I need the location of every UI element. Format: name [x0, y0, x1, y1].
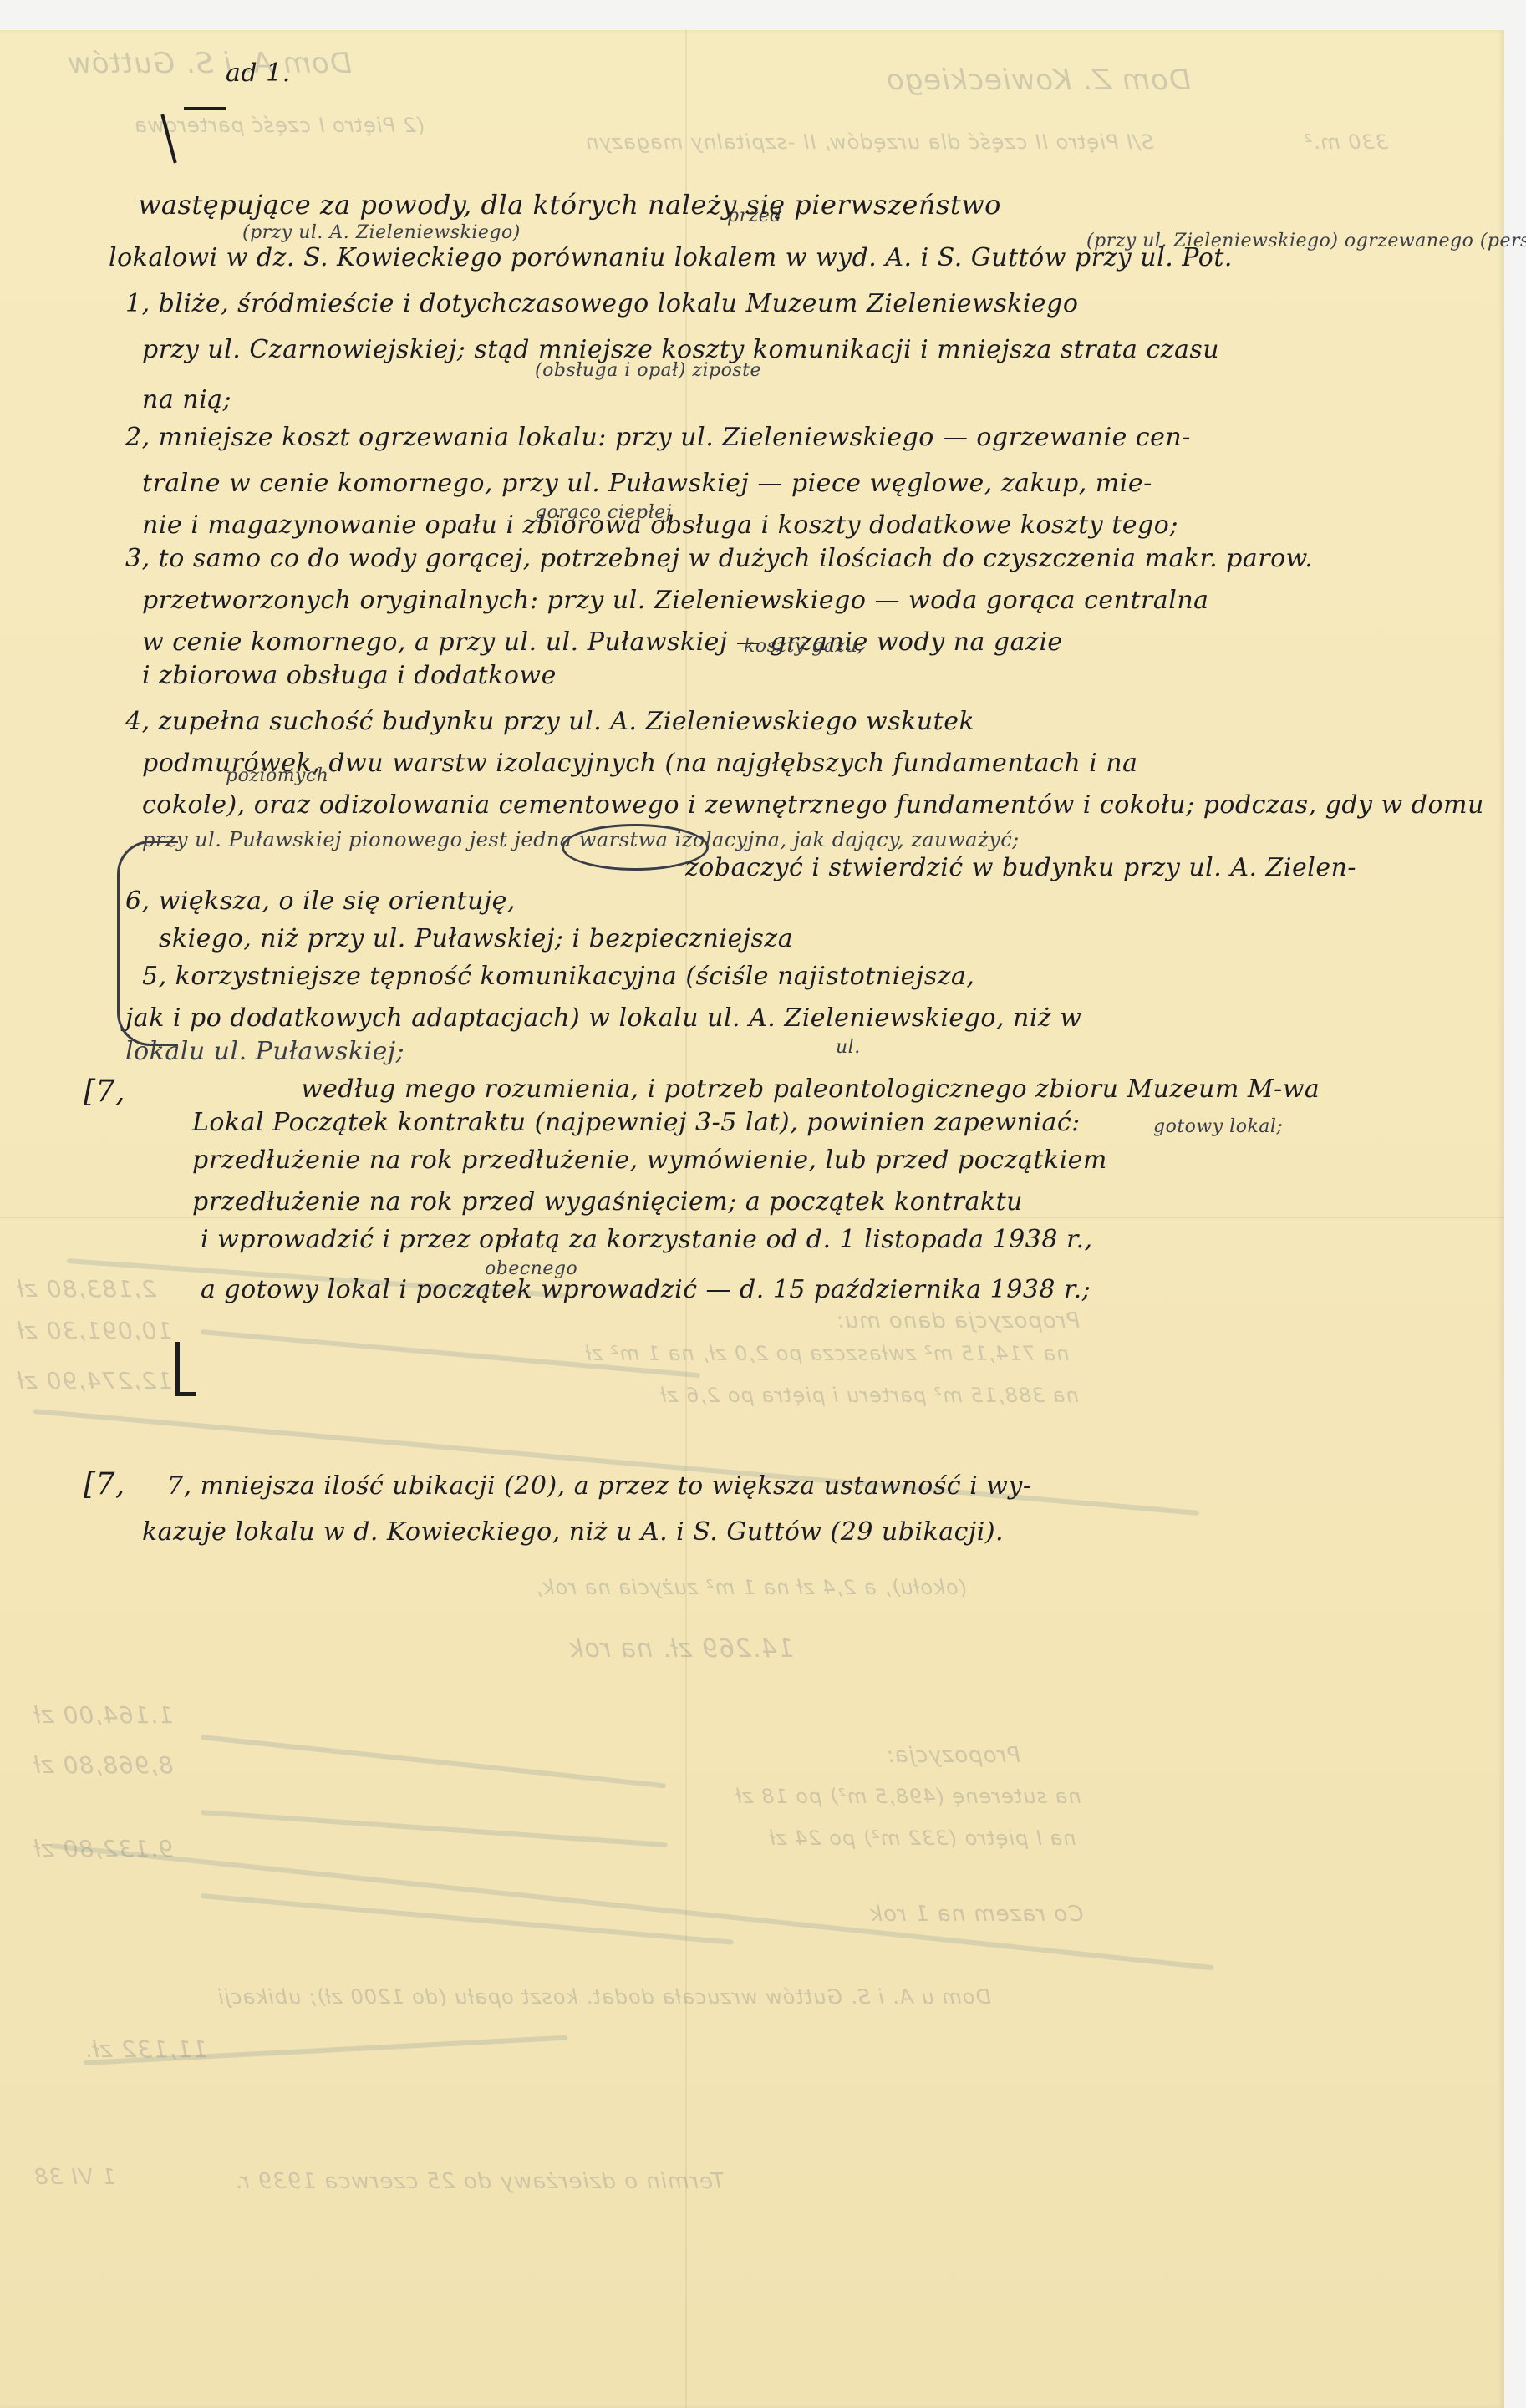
manuscript-line: 5, korzystniejsze tępność komunikacyjna … — [142, 962, 974, 991]
manuscript-line: tralne w cenie komornego, przy ul. Puław… — [142, 469, 1152, 498]
bleed-text: 1 VI 38 — [33, 2165, 116, 2190]
bleed-stroke — [201, 1735, 667, 1789]
bleed-text: S/I Piętro II część dla urzędów, II -szp… — [585, 130, 1153, 154]
interlinear-note: (obsługa i opał) ziposte — [535, 360, 761, 381]
bleed-text: na 388,15 m² parteru i piętra po 2,6 zł — [660, 1384, 1079, 1407]
manuscript-line: 3, to samo co do wody gorącej, potrzebne… — [125, 544, 1313, 573]
bleed-text: 1.164,00 zł — [33, 1701, 173, 1729]
bleed-text: na suterenę (498,5 m²) po 18 zł — [735, 1785, 1081, 1808]
manuscript-line: według mego rozumienia, i potrzeb paleon… — [301, 1074, 1320, 1104]
manuscript-line: lokalu ul. Puławskiej; — [125, 1037, 404, 1066]
bleed-text: na I piętro (332 m²) po 24 zł — [769, 1826, 1076, 1850]
interlinear-note: gorąco ciepłej — [535, 502, 672, 523]
manuscript-line: zobaczyć i stwierdzić w budynku przy ul.… — [685, 853, 1356, 882]
manuscript-line: a gotowy lokal i początek wprowadzić — d… — [201, 1275, 1091, 1304]
interlinear-note: poziomych — [226, 765, 328, 786]
bleed-text: (2 Piętro I część parterowa — [134, 114, 425, 137]
manuscript-line: cokole), oraz odizolowania cementowego i… — [142, 790, 1484, 820]
manuscript-line: 1, bliże, śródmieście i dotychczasowego … — [125, 289, 1078, 318]
manuscript-line: przedłużenie na rok przed wygaśnięciem; … — [192, 1187, 1023, 1217]
arrow-bracket — [117, 841, 178, 1046]
manuscript-line: na nią; — [142, 385, 231, 414]
bleed-text: Propozycja: — [886, 1743, 1020, 1768]
bleed-text: na 714,15 m² zwłaszcza po 2,0 zł, na 1 m… — [585, 1342, 1070, 1365]
manuscript-line: i wprowadzić i przez opłatą za korzystan… — [201, 1225, 1093, 1254]
bleed-stroke — [201, 1893, 734, 1945]
bleed-stroke — [201, 1810, 668, 1847]
check-mark-top — [184, 107, 226, 110]
bleed-heading: Dom A. i S. Guttów — [67, 47, 352, 80]
manuscript-line: 2, mniejsze koszt ogrzewania lokalu: prz… — [125, 423, 1191, 452]
interlinear-note: koszty gazu; — [744, 636, 864, 657]
bleed-text: 8,968,80 zł — [33, 1751, 173, 1779]
margin-bracket-label: [7, — [84, 1074, 125, 1109]
manuscript-line: Lokal Początek kontraktu (najpewniej 3-5… — [192, 1108, 1081, 1137]
bleed-text: Termin o dzierżawy do 25 czerwca 1939 r. — [234, 2169, 725, 2194]
horizontal-fold-line — [0, 1217, 1504, 1218]
bleed-text: 2,183,80 zł — [17, 1275, 156, 1303]
interlinear-note: (przy ul. A. Zieleniewskiego) — [242, 222, 521, 243]
interlinear-note: ul. — [836, 1037, 861, 1058]
bleed-heading: Dom Z. Kowieckiego — [886, 64, 1191, 97]
bleed-text: 330 m.² — [1304, 130, 1388, 154]
manuscript-line: jak i po dodatkowych adaptacjach) w loka… — [125, 1003, 1081, 1033]
manuscript-line: 4, zupełna suchość budynku przy ul. A. Z… — [125, 707, 974, 736]
manuscript-page: Dom A. i S. Guttów Dom Z. Kowieckiego (2… — [0, 30, 1504, 2408]
manuscript-line: i zbiorowa obsługa i dodatkowe — [142, 661, 557, 690]
manuscript-line: kazuje lokalu w d. Kowieckiego, niż u A.… — [142, 1517, 1004, 1547]
margin-bracket-label: [7, — [84, 1467, 125, 1501]
bleed-text: Co razem na 1 rok — [869, 1902, 1083, 1927]
manuscript-line: 6, większa, o ile się orientuję, — [125, 886, 516, 916]
vertical-fold-line — [685, 30, 687, 2408]
manuscript-line: wastępujące za powody, dla których należ… — [138, 189, 1001, 221]
bleed-text: (okołu), a 2,4 zł na 1 m² zużycia na rok… — [535, 1576, 967, 1599]
manuscript-line: skiego, niż przy ul. Puławskiej; i bezpi… — [159, 924, 793, 953]
bottom-check-mark-icon — [175, 1342, 196, 1396]
manuscript-line: w cenie komornego, a przy ul. ul. Puławs… — [142, 627, 1063, 657]
manuscript-line: lokalowi w dz. S. Kowieckiego porównaniu… — [109, 243, 1233, 272]
manuscript-line: przetworzonych oryginalnych: przy ul. Zi… — [142, 586, 1209, 615]
bleed-text: 14.269 zł. na rok — [568, 1634, 794, 1664]
page-marker: ad 1. — [226, 58, 291, 88]
interlinear-note: gotowy lokal; — [1153, 1116, 1283, 1137]
manuscript-line: przedłużenie na rok przedłużenie, wymówi… — [192, 1146, 1107, 1175]
manuscript-line: 7, mniejsza ilość ubikacji (20), a przez… — [167, 1471, 1031, 1501]
bleed-text: Propozycja dano mu: — [836, 1308, 1080, 1334]
bleed-text: Dom u A. i S. Guttów wrzucała dodat. kos… — [217, 1985, 991, 2009]
bleed-text: 12,274,90 zł — [17, 1367, 172, 1395]
bleed-text: 10,091,30 zł — [17, 1317, 172, 1344]
